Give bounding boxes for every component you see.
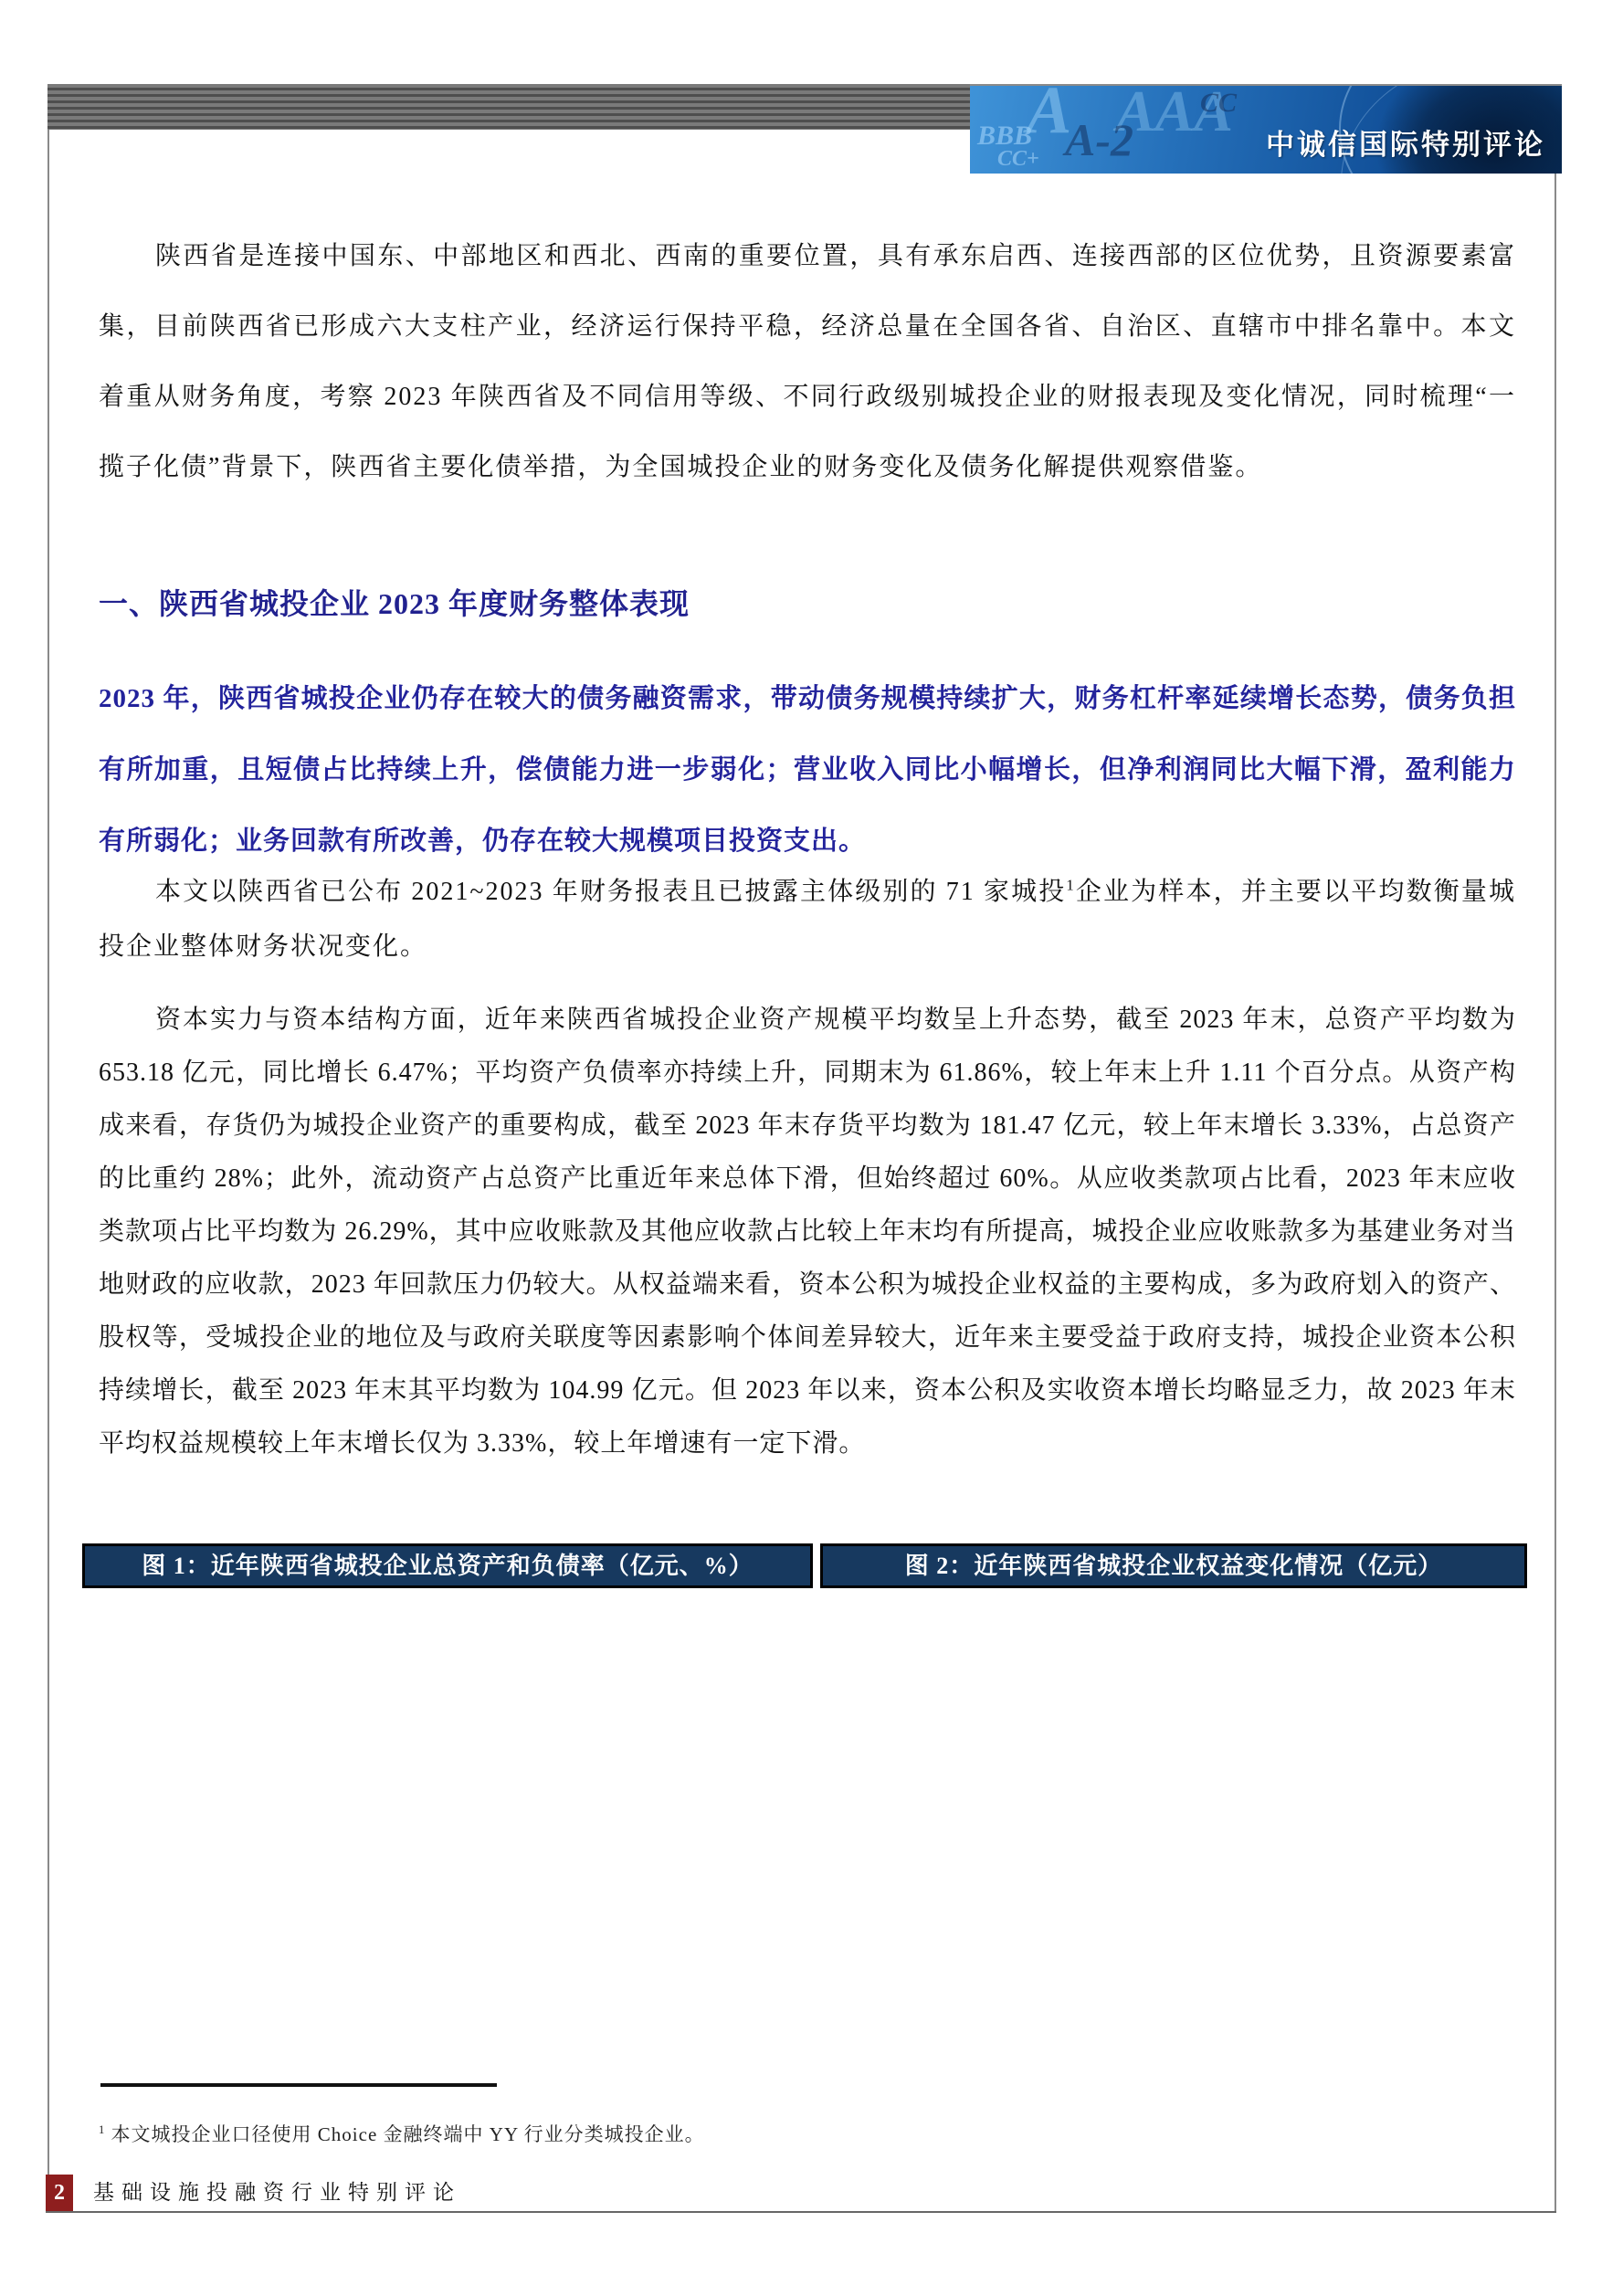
footnote: 1 本文城投企业口径使用 Choice 金融终端中 YY 行业分类城投企业。 <box>99 2120 1469 2147</box>
figure-caption-row: 图 1：近年陕西省城投企业总资产和负债率（亿元、%） 图 2：近年陕西省城投企业… <box>82 1543 1533 1588</box>
document-page: BBB A AAA A-2 CC CC+ 中诚信国际特别评论 陕西省是连接中国东… <box>0 0 1623 2296</box>
sample-description-paragraph: 本文以陕西省已公布 2021~2023 年财务报表且已披露主体级别的 71 家城… <box>99 865 1516 974</box>
header-banner: BBB A AAA A-2 CC CC+ 中诚信国际特别评论 <box>970 84 1562 174</box>
rating-letter-decoration: CC <box>1200 90 1237 117</box>
header-stripe-bar <box>47 84 970 130</box>
footnote-text: 本文城投企业口径使用 Choice 金融终端中 YY 行业分类城投企业。 <box>105 2123 704 2145</box>
highlight-summary-paragraph: 2023 年，陕西省城投企业仍存在较大的债务融资需求，带动债务规模持续扩大，财务… <box>99 663 1516 877</box>
page-border-right <box>1554 84 1556 2212</box>
banner-title: 中诚信国际特别评论 <box>1266 121 1545 163</box>
figure2-caption-bar: 图 2：近年陕西省城投企业权益变化情况（亿元） <box>820 1543 1527 1588</box>
analysis-paragraph: 资本实力与资本结构方面，近年来陕西省城投企业资产规模平均数呈上升态势，截至 20… <box>99 994 1516 1470</box>
paragraph-text: 本文以陕西省已公布 2021~2023 年财务报表且已披露主体级别的 71 家城… <box>155 878 1066 906</box>
figure1-caption-bar: 图 1：近年陕西省城投企业总资产和负债率（亿元、%） <box>82 1543 813 1588</box>
section-heading: 一、陕西省城投企业 2023 年度财务整体表现 <box>99 581 1516 623</box>
footer-title: 基础设施投融资行业特别评论 <box>93 2175 461 2211</box>
footnote-separator <box>100 2083 497 2087</box>
rating-letter-decoration: BBB <box>977 122 1032 150</box>
rating-letter-decoration: A-2 <box>1065 117 1133 163</box>
footer-rule <box>46 2211 1556 2213</box>
rating-letter-decoration: CC+ <box>997 148 1039 170</box>
footnote-reference: 1 <box>1066 877 1075 894</box>
intro-paragraph: 陕西省是连接中国东、中部地区和西北、西南的重要位置，具有承东启西、连接西部的区位… <box>99 221 1516 502</box>
page-border-left <box>47 84 49 2212</box>
page-number-badge: 2 <box>46 2175 73 2211</box>
